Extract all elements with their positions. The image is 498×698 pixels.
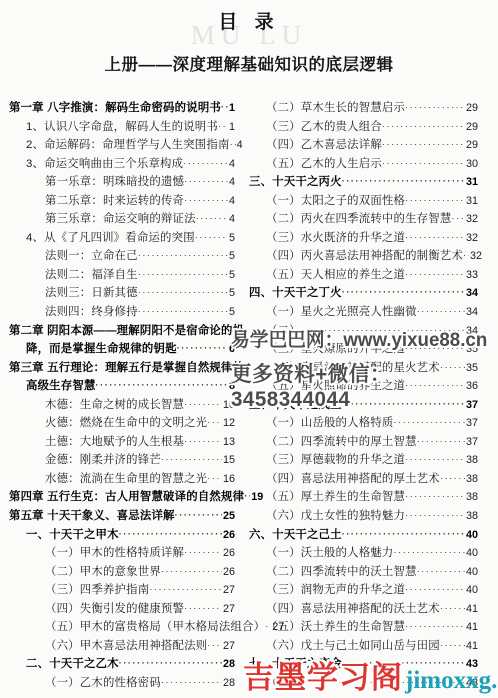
toc-entry: 六、十天干之己土································… — [249, 526, 478, 545]
toc-entry-text: 法则四：终身修持 — [45, 303, 138, 322]
toc-entry: （一）星火之光照亮人性幽微···························… — [249, 303, 478, 322]
toc-entry-text: 七、十天干之庚金 — [249, 655, 342, 674]
toc-entry: 一、十天干之甲木································… — [9, 526, 235, 545]
toc-entry-text: 1、认识八字命盘，解码人生的说明书 — [26, 118, 218, 137]
toc-entry: （二）四季流转中的厚土智慧···························… — [249, 433, 478, 452]
toc-entry-text: 五、十天干之戊土 — [249, 396, 342, 415]
toc-entry-page: 26 — [222, 544, 235, 563]
dot-leader: ········································… — [394, 543, 465, 562]
toc-entry-page: 29 — [465, 118, 478, 137]
toc-entry: 二、十天干之乙木································… — [9, 655, 235, 674]
toc-entry-page: 4 — [228, 210, 235, 229]
toc-entry: 四、十天干之丁火································… — [249, 284, 478, 303]
toc-entry: 五、十天干之戊土································… — [249, 396, 478, 415]
toc-entry: （一）山岳般的人格特质·····························… — [249, 414, 478, 433]
toc-entry-text: （五）乙木的人生启示 — [266, 155, 382, 174]
toc-entry-text: （四）失衡引发的健康预警 — [45, 600, 184, 619]
toc-entry-text: 第四章 五行生克：古人用智慧破译的自然规律 — [9, 488, 244, 507]
toc-entry-page: 34 — [465, 303, 478, 322]
toc-entry-page: 37 — [465, 396, 478, 415]
toc-entry: 第二乐章：时来运转的传奇····························… — [9, 192, 235, 211]
toc-entry: 火德：燃烧在生命中的文明之光··························… — [9, 414, 235, 433]
toc-entry: 三、十天干之丙火································… — [249, 173, 478, 192]
dot-leader: ········································… — [440, 469, 465, 488]
toc-entry-page: 38 — [465, 488, 478, 507]
toc-entry-page: 1 — [228, 118, 235, 137]
toc-entry-page: 26 — [222, 563, 235, 582]
toc-entry-text: （四）丙火喜忌法用神搭配的制衡艺术 — [266, 247, 463, 266]
toc-entry: （五）星火照命的养生之道····························… — [249, 377, 478, 396]
toc-entry: （三）水火既济的升华之道····························… — [249, 229, 478, 248]
toc-columns: 第一章 八字推演：解码生命密码的说明书·····················… — [0, 99, 498, 698]
toc-entry-text: （五）星火照命的养生之道 — [266, 377, 405, 396]
toc-entry-text: 第一乐章：明珠暗投的遗憾 — [45, 173, 184, 192]
dot-leader: ········································… — [382, 154, 465, 173]
toc-entry-text: （三）水火既济的升华之道 — [266, 229, 405, 248]
toc-page: MU LU 目 录 上册——深度理解基础知识的底层逻辑 第一章 八字推演：解码生… — [0, 0, 498, 698]
dot-leader: ········································… — [417, 432, 465, 451]
toc-entry-text: 四、十天干之丁火 — [249, 284, 342, 303]
toc-entry-page: 15 — [222, 451, 235, 470]
toc-entry-page: 41 — [465, 637, 478, 656]
toc-entry-text: （一）太阳之子的双面性格 — [266, 192, 405, 211]
toc-entry-page: 4 — [228, 192, 235, 211]
dot-leader: ········································… — [138, 302, 228, 321]
toc-entry-page: 38 — [465, 451, 478, 470]
dot-leader: ········································… — [184, 191, 228, 210]
toc-entry-page: 28 — [222, 674, 235, 693]
toc-entry-page: 35 — [465, 359, 478, 378]
toc-entry: 3、命运交响曲由三个乐章构成··························… — [9, 155, 235, 174]
toc-entry-page: 13 — [222, 433, 235, 452]
dot-leader: ········································… — [207, 469, 222, 488]
toc-entry: 第一乐章：明珠暗投的遗憾····························… — [9, 173, 235, 192]
toc-entry-page: 34 — [465, 284, 478, 303]
toc-entry-page: 32 — [465, 229, 478, 248]
toc-entry: （三）乙木的贵人组合······························… — [249, 118, 478, 137]
toc-entry-text: 第二章 阴阳本源——理解阴阳不是宿命论的投 — [9, 322, 244, 341]
toc-entry-page: 43 — [465, 674, 478, 693]
toc-entry-page: 41 — [465, 600, 478, 619]
toc-entry: （五）乙木的人生启示······························… — [249, 155, 478, 174]
toc-entry-page: 26 — [222, 526, 235, 545]
toc-entry-text: （二）四季流转中的沃土智慧 — [266, 563, 417, 582]
dot-leader: ········································… — [394, 413, 465, 432]
dot-leader: ········································… — [184, 543, 222, 562]
toc-entry-text: （一）沃土般的人格魅力 — [266, 544, 394, 563]
toc-entry: （二）丙火在四季流转中的生存智慧························… — [249, 210, 478, 229]
toc-entry: （六）戊土与己土如同山岳与田园·························… — [249, 637, 478, 656]
dot-leader: ········································… — [382, 135, 465, 154]
dot-leader: ········································… — [149, 580, 222, 599]
toc-entry-page: 32 — [469, 247, 482, 266]
toc-entry-text: （二）甲木的意象世界 — [45, 563, 161, 582]
toc-entry: （一）太阳之子的双面性格····························… — [249, 192, 478, 211]
toc-entry: （四）喜忌法用神搭配的厚土艺术·························… — [249, 470, 478, 489]
toc-entry: 第三章 五行理论：理解五行是掌握自然规律的 — [9, 359, 235, 378]
toc-entry-text: （三）星火燎原的升华之道 — [266, 340, 405, 359]
toc-entry-text: 第一章 八字推演：解码生命密码的说明书 — [9, 99, 221, 118]
toc-entry-page: 29 — [465, 99, 478, 118]
toc-entry-text: 土德：大地赋予的人生根基 — [45, 433, 184, 452]
toc-entry-page: 31 — [465, 192, 478, 211]
dot-leader: ········································… — [138, 246, 228, 265]
dot-leader: ········································… — [405, 580, 465, 599]
dot-leader: ········································… — [96, 376, 228, 395]
toc-entry: 金德：刚柔并济的锋芒······························… — [9, 451, 235, 470]
toc-entry-page: 40 — [465, 544, 478, 563]
toc-entry-text: 六、十天干之己土 — [249, 526, 342, 545]
toc-entry-page: 25 — [222, 507, 235, 526]
page-subtitle: 上册——深度理解基础知识的底层逻辑 — [0, 51, 498, 75]
toc-entry: （一）沃土般的人格魅力·····························… — [249, 544, 478, 563]
toc-entry-text: （六）戊土与己土如同山岳与田园 — [266, 637, 440, 656]
dot-leader: ········································… — [405, 450, 465, 469]
toc-entry-text: （三）四季养护指南 — [45, 581, 149, 600]
dot-leader: ········································… — [207, 636, 222, 655]
toc-entry: 法则二：福泽自生································… — [9, 266, 235, 285]
dot-leader: ········································… — [161, 562, 222, 581]
toc-entry-text: （六）戊土女性的独特魅力 — [266, 507, 405, 526]
toc-entry-text: 第二乐章：时来运转的传奇 — [45, 192, 184, 211]
toc-entry-page: 40 — [465, 526, 478, 545]
toc-entry-page: 5 — [228, 284, 235, 303]
toc-entry-text: （二）丙火在四季流转中的生存智慧 — [266, 210, 451, 229]
dot-leader: ········································… — [244, 487, 250, 506]
toc-entry-page: 29 — [465, 136, 478, 155]
toc-entry: 第三乐章：命运交响的辩证法···························… — [9, 210, 235, 229]
dot-leader: ········································… — [405, 265, 465, 284]
toc-entry-text: （二）草木生长的智慧启示 — [266, 99, 405, 118]
dot-leader: ········································… — [440, 358, 465, 377]
dot-leader: ········································… — [184, 395, 222, 414]
dot-leader: ········································… — [301, 321, 465, 340]
toc-entry: 土德：大地赋予的人生根基····························… — [9, 433, 235, 452]
toc-entry-page: 37 — [465, 414, 478, 433]
toc-entry-text: （五）厚土养生的生命智慧 — [266, 488, 405, 507]
toc-entry: （三）厚德载物的升华之道····························… — [249, 451, 478, 470]
toc-entry-page: 1 — [228, 99, 235, 118]
toc-entry-page: 4 — [236, 136, 243, 155]
toc-entry-text: （三）润物无声的升华之道 — [266, 581, 405, 600]
dot-leader: ········································… — [230, 135, 236, 154]
toc-entry-text: （四）喜忌法用神搭配的沃土艺术 — [266, 600, 440, 619]
toc-entry-page: 27 — [222, 581, 235, 600]
toc-entry-page: 40 — [465, 581, 478, 600]
toc-entry-text: （四）喜忌法用神搭配的星火艺术 — [266, 359, 440, 378]
toc-entry-page: 31 — [465, 173, 478, 192]
toc-entry: （二）四季流转中的沃土智慧···························… — [249, 563, 478, 582]
dot-leader: ········································… — [405, 228, 465, 247]
toc-entry-text: （一）乙木的性格密码 — [45, 674, 161, 693]
toc-entry-text: （三）厚德载物的升华之道 — [266, 451, 405, 470]
toc-entry: 高级生存智慧··································… — [9, 377, 235, 396]
dot-leader: ········································… — [417, 562, 465, 581]
toc-entry: （一）甲木的性格特质详解····························… — [9, 544, 235, 563]
toc-entry: 第五章 十天干象义、喜忌法详解·························… — [9, 507, 235, 526]
toc-entry-page: 5 — [228, 229, 235, 248]
toc-entry-text: 法则一：立命在己 — [45, 247, 138, 266]
dot-leader: ········································… — [119, 525, 222, 544]
toc-entry-page: 37 — [465, 433, 478, 452]
toc-left-column: 第一章 八字推演：解码生命密码的说明书·····················… — [0, 99, 239, 698]
toc-entry-page: 38 — [465, 470, 478, 489]
dot-leader: ········································… — [138, 283, 228, 302]
dot-leader: ········································… — [405, 376, 465, 395]
toc-entry: 七、十天干之庚金································… — [249, 655, 478, 674]
toc-entry-text: 三、十天干之丙火 — [249, 173, 342, 192]
toc-entry-text: 火德：燃烧在生命中的文明之光 — [45, 414, 207, 433]
toc-entry-page: 5 — [228, 247, 235, 266]
dot-leader: ········································… — [221, 98, 228, 117]
toc-entry-text: 一、十天干之甲木 — [26, 526, 119, 545]
toc-entry-text: （三）乙木的贵人组合 — [266, 118, 382, 137]
toc-entry: 法则四：终身修持································… — [9, 303, 235, 322]
toc-entry-page: 34 — [465, 322, 478, 341]
toc-entry: （四）喜忌法用神搭配的沃土艺术·························… — [249, 600, 478, 619]
toc-entry: 2、命运解码：命理哲学与人生突围指南······················… — [9, 136, 235, 155]
toc-entry-text: （五）甲木的富贵格局（甲木格局法组合） — [45, 618, 265, 637]
dot-leader: ········································… — [405, 617, 465, 636]
toc-entry-text: 2、命运解码：命理哲学与人生突围指南 — [26, 136, 230, 155]
toc-entry-page: 27 — [222, 637, 235, 656]
toc-entry-page: 28 — [222, 655, 235, 674]
dot-leader: ········································… — [342, 395, 465, 414]
toc-entry: （五）甲木的富贵格局（甲木格局法组合）·····················… — [9, 618, 235, 637]
toc-entry: 木德：生命之树的成长智慧····························… — [9, 396, 235, 415]
toc-entry-text: （六）甲木喜忌法用神搭配法则 — [45, 637, 207, 656]
toc-entry: （四）乙木喜忌法详解······························… — [249, 136, 478, 155]
toc-entry: （三）星火燎原的升华之道····························… — [249, 340, 478, 359]
dot-leader: ········································… — [451, 209, 465, 228]
toc-entry: 第一章 八字推演：解码生命密码的说明书·····················… — [9, 99, 235, 118]
dot-leader: ········································… — [463, 246, 469, 265]
dot-leader: ········································… — [342, 525, 465, 544]
dot-leader: ········································… — [301, 673, 465, 692]
toc-entry-page: 40 — [465, 563, 478, 582]
toc-entry-page: 5 — [228, 266, 235, 285]
dot-leader: ········································… — [440, 636, 465, 655]
dot-leader: ········································… — [119, 654, 222, 673]
dot-leader: ········································… — [342, 283, 465, 302]
toc-entry-text: （一）甲木的性格特质详解 — [45, 544, 184, 563]
toc-entry: （一）乙木的性格密码······························… — [9, 674, 235, 693]
toc-entry: （四）丙火喜忌法用神搭配的制衡艺术·······················… — [249, 247, 478, 266]
toc-entry-page: 5 — [228, 303, 235, 322]
dot-leader: ········································… — [195, 228, 228, 247]
toc-entry-page: 8 — [228, 377, 235, 396]
toc-entry-text: 4、从《了凡四训》看命运的突围 — [26, 229, 195, 248]
dot-leader: ········································… — [161, 450, 222, 469]
toc-entry-page: 35 — [465, 340, 478, 359]
toc-entry: 第四章 五行生克：古人用智慧破译的自然规律···················… — [9, 488, 235, 507]
dot-leader: ········································… — [183, 154, 228, 173]
toc-entry: 4、从《了凡四训》看命运的突围·························… — [9, 229, 235, 248]
toc-entry: 1、认识八字命盘，解码人生的说明书·······················… — [9, 118, 235, 137]
toc-entry-text: （二） — [266, 322, 301, 341]
toc-entry-text: 高级生存智慧 — [26, 377, 96, 396]
toc-entry-text: （一）山岳般的人格特质 — [266, 414, 394, 433]
toc-entry-page: 30 — [465, 155, 478, 174]
toc-entry-page: 6 — [228, 340, 235, 359]
toc-entry-page: 43 — [465, 655, 478, 674]
toc-entry: 法则三：日新其德································… — [9, 284, 235, 303]
toc-entry-text: 二、十天干之乙木 — [26, 655, 119, 674]
toc-entry: （六）甲木喜忌法用神搭配法则··························… — [9, 637, 235, 656]
dot-leader: ········································… — [405, 191, 465, 210]
dot-leader: ········································… — [382, 117, 465, 136]
toc-entry: 第二章 阴阳本源——理解阴阳不是宿命论的投 — [9, 322, 235, 341]
toc-entry-page: 4 — [228, 173, 235, 192]
toc-entry: （二）草木生长的智慧启示····························… — [249, 99, 478, 118]
toc-entry: （五）天人相应的养生之道····························… — [249, 266, 478, 285]
toc-entry-text: （四）乙木喜忌法详解 — [266, 136, 382, 155]
toc-entry: （二）甲木的意象世界······························… — [9, 563, 235, 582]
toc-right-column: （二）草木生长的智慧启示····························… — [243, 99, 483, 698]
dot-leader: ········································… — [405, 339, 465, 358]
toc-entry-text: 第五章 十天干象义、喜忌法详解 — [9, 507, 175, 526]
dot-leader: ········································… — [138, 265, 228, 284]
toc-entry: （一）·····································… — [249, 674, 478, 693]
page-header: MU LU 目 录 上册——深度理解基础知识的底层逻辑 — [0, 0, 498, 100]
dot-leader: ········································… — [218, 117, 228, 136]
toc-entry-text: 第三章 五行理论：理解五行是掌握自然规律的 — [9, 359, 244, 378]
dot-leader: ········································… — [342, 172, 465, 191]
toc-entry-text: 金德：刚柔并济的锋芒 — [45, 451, 161, 470]
toc-entry-text: （四）喜忌法用神搭配的厚土艺术 — [266, 470, 440, 489]
dot-leader: ········································… — [184, 599, 222, 618]
toc-entry-text: （一） — [266, 674, 301, 693]
toc-entry-text: （五）沃土养生的生命智慧 — [266, 618, 405, 637]
toc-entry-page: 27 — [222, 600, 235, 619]
toc-entry: （三）四季养护指南·······························… — [9, 581, 235, 600]
toc-entry: 水德：流淌在生命里的智慧之光··························… — [9, 470, 235, 489]
dot-leader: ········································… — [177, 339, 228, 358]
toc-entry-text: （二）四季流转中的厚土智慧 — [266, 433, 417, 452]
toc-entry: （三）润物无声的升华之道····························… — [249, 581, 478, 600]
toc-entry-text: 3、命运交响曲由三个乐章构成 — [26, 155, 183, 174]
toc-entry: 降，而是掌握生命规律的钥匙···························… — [9, 340, 235, 359]
toc-entry: （四）失衡引发的健康预警····························… — [9, 600, 235, 619]
toc-entry-text: 水德：流淌在生命里的智慧之光 — [45, 470, 207, 489]
toc-entry-page: 41 — [465, 618, 478, 637]
toc-entry: （二）·····································… — [249, 322, 478, 341]
toc-entry: （五）沃土养生的生命智慧····························… — [249, 618, 478, 637]
toc-entry-text: 第三乐章：命运交响的辩证法 — [45, 210, 196, 229]
page-title: 目 录 — [0, 7, 498, 34]
toc-entry-text: （一）星火之光照亮人性幽微 — [266, 303, 417, 322]
toc-entry-text: 降，而是掌握生命规律的钥匙 — [26, 340, 177, 359]
toc-entry-page: 12 — [222, 414, 235, 433]
toc-entry: 法则一：立命在己································… — [9, 247, 235, 266]
toc-entry: （六）戊土女性的独特魅力····························… — [249, 507, 478, 526]
dot-leader: ········································… — [417, 302, 465, 321]
toc-entry-page: 32 — [465, 210, 478, 229]
toc-entry-text: （五）天人相应的养生之道 — [266, 266, 405, 285]
toc-entry-page: 10 — [222, 396, 235, 415]
toc-entry-text: 法则三：日新其德 — [45, 284, 138, 303]
toc-entry-page: 16 — [222, 470, 235, 489]
dot-leader: ········································… — [207, 413, 222, 432]
dot-leader: ········································… — [196, 209, 228, 228]
dot-leader: ········································… — [405, 98, 465, 117]
toc-entry-page: 33 — [465, 266, 478, 285]
dot-leader: ········································… — [440, 599, 465, 618]
toc-entry: （五）厚土养生的生命智慧····························… — [249, 488, 478, 507]
toc-entry-page: 36 — [465, 377, 478, 396]
dot-leader: ········································… — [265, 617, 271, 636]
dot-leader: ········································… — [175, 506, 222, 525]
toc-entry-text: 法则二：福泽自生 — [45, 266, 138, 285]
dot-leader: ········································… — [184, 172, 228, 191]
toc-entry-text: 木德：生命之树的成长智慧 — [45, 396, 184, 415]
toc-entry-page: 38 — [465, 507, 478, 526]
toc-entry: （四）喜忌法用神搭配的星火艺术·························… — [249, 359, 478, 378]
dot-leader: ········································… — [184, 432, 222, 451]
dot-leader: ········································… — [161, 673, 222, 692]
dot-leader: ········································… — [405, 487, 465, 506]
dot-leader: ········································… — [342, 654, 465, 673]
toc-entry-page: 4 — [228, 155, 235, 174]
dot-leader: ········································… — [405, 506, 465, 525]
